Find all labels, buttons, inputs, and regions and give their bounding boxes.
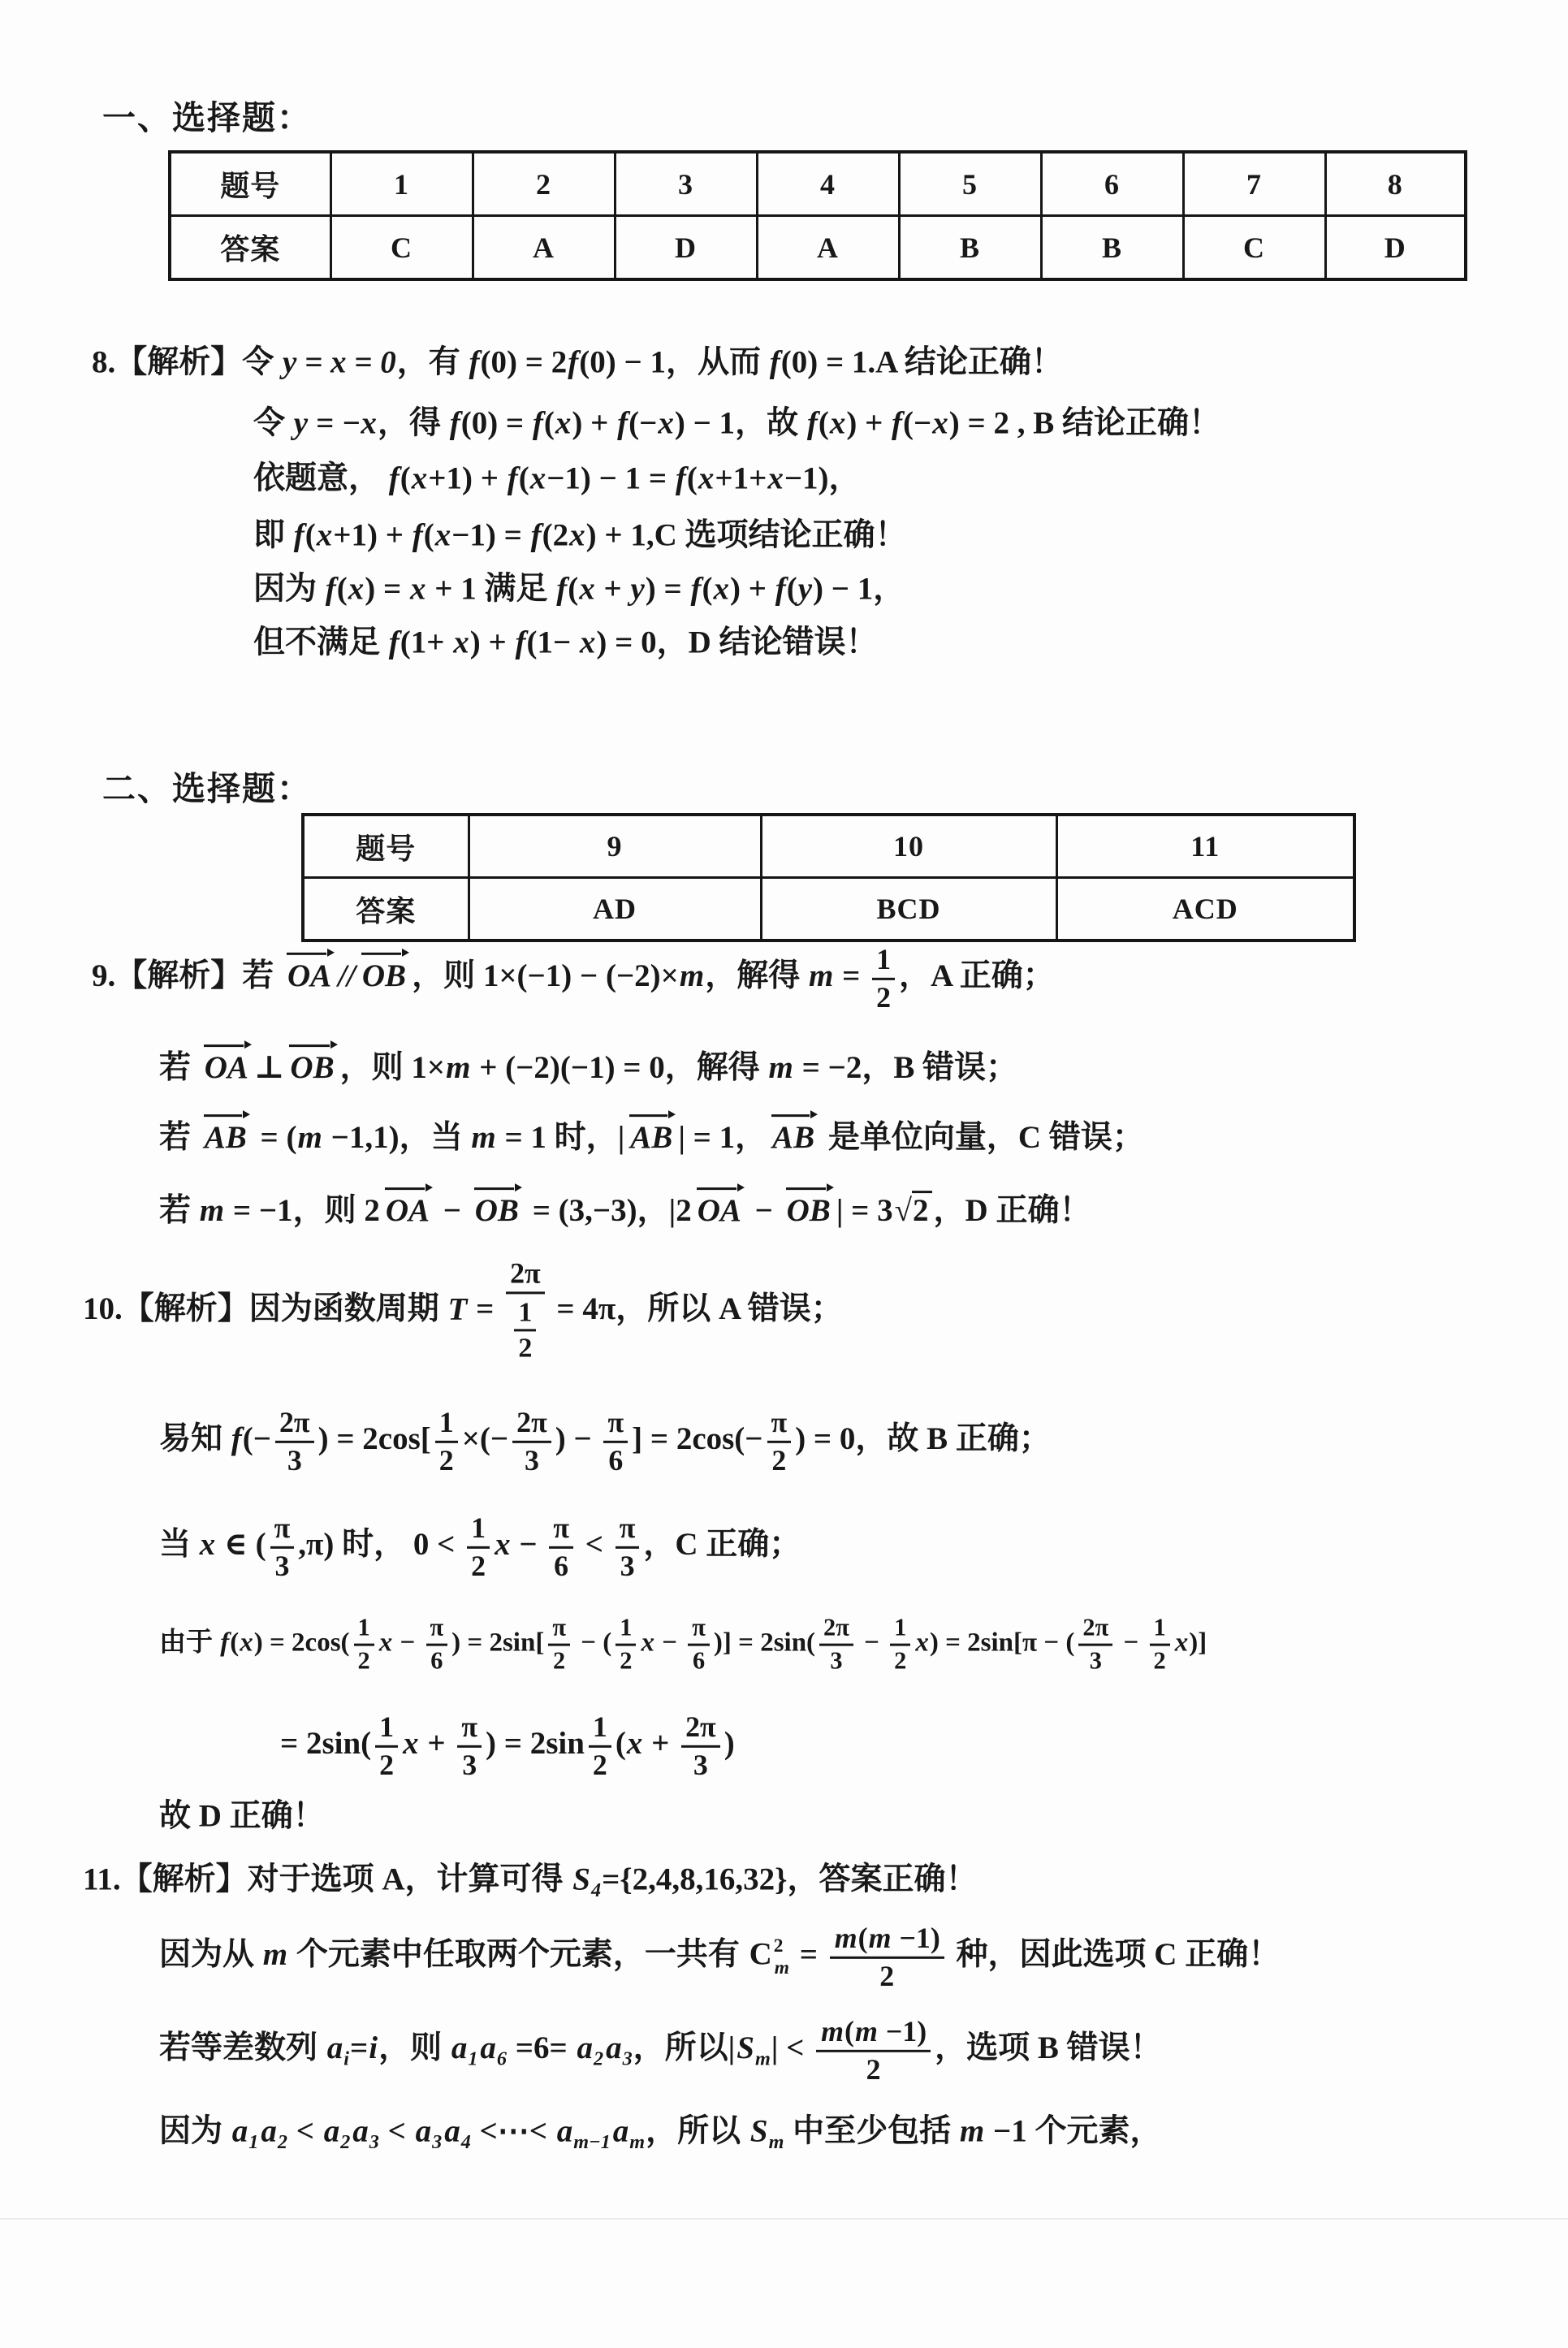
table-cell: 题号 (303, 815, 469, 878)
scan-edge-rule (0, 2218, 1568, 2220)
fraction: 12 (435, 1408, 458, 1476)
fraction: π6 (549, 1513, 573, 1581)
table-cell: 2 (473, 152, 615, 216)
fraction: π6 (603, 1408, 628, 1476)
table-cell: A (757, 216, 899, 280)
table-cell: 题号 (170, 152, 330, 216)
vector-arrow: OB (287, 1044, 336, 1088)
fraction: 2π12 (506, 1258, 545, 1364)
fraction: 2π3 (275, 1408, 314, 1476)
fraction: 12 (375, 1712, 398, 1780)
vector-arrow: AB (628, 1113, 675, 1157)
fraction: 2π3 (512, 1408, 551, 1476)
table-cell: ACD (1056, 878, 1354, 941)
solution-10-line-4: 由于 f(x) = 2cos(12x − π6) = 2sin[π2 − (12… (159, 1615, 1207, 1675)
solution-8-line-6: 但不满足 f(1+ x) + f(1− x) = 0，D 结论错误！ (253, 625, 878, 663)
solution-11-line-4: 因为 a1a2 < a2a3 < a3a4 <⋯< am−1am，所以 Sm 中… (159, 2113, 1162, 2151)
table-cell: 答案 (170, 216, 330, 280)
table-cell: 9 (469, 815, 761, 878)
table-cell: A (473, 216, 615, 280)
vector-arrow: OB (473, 1187, 521, 1230)
solution-10-line-6: 故 D 正确！ (159, 1798, 325, 1836)
vector-arrow: OA (202, 1044, 251, 1088)
fraction: π6 (426, 1615, 448, 1675)
fraction: 12 (467, 1513, 490, 1581)
table-cell: C (330, 216, 473, 280)
vector-arrow: AB (202, 1113, 249, 1157)
fraction: π3 (616, 1513, 640, 1581)
vector-arrow: OA (695, 1187, 744, 1230)
vector-arrow: OA (383, 1187, 432, 1230)
solution-10-line-2: 易知 f(−2π3) = 2cos[12×(−2π3) − π6] = 2cos… (159, 1408, 1051, 1476)
solution-9-line-2: 若 OA⊥OB，则 1×m + (−2)(−1) = 0，解得 m = −2，B… (159, 1044, 1017, 1088)
table-cell: B (899, 216, 1041, 280)
fraction: π2 (767, 1408, 792, 1476)
solution-8-line-3: 依题意， f(x+1) + f(x−1) − 1 = f(x+1+x−1)， (253, 461, 861, 499)
section-1-title: 一、选择题： (102, 91, 312, 139)
solution-8-line-4: 即 f(x+1) + f(x−1) = f(2x) + 1,C 选项结论正确！ (253, 517, 907, 556)
table-cell: AD (469, 878, 761, 941)
table-cell: D (1325, 216, 1466, 280)
vector-arrow: OB (784, 1187, 833, 1230)
scanned-answer-key-page: 一、选择题： 题号12345678答案CADABBCD 8.【解析】令 y = … (0, 0, 1568, 2348)
solution-9-line-3: 若 AB = (m −1,1)，当 m = 1 时，|AB| = 1，AB 是单… (159, 1113, 1144, 1157)
vector-arrow: OA (285, 952, 334, 996)
fraction: 12 (354, 1615, 374, 1675)
solution-8-line-5: 因为 f(x) = x + 1 满足 f(x + y) = f(x) + f(y… (253, 571, 905, 609)
solution-11-line-2: 因为从 m 个元素中任取两个元素，一共有 C2m = m(m −1)2 种，因此… (159, 1923, 1280, 1991)
table-cell: B (1041, 216, 1183, 280)
table-cell: D (615, 216, 757, 280)
combination-symbol: C2m (749, 1935, 790, 1979)
fraction: 2π3 (681, 1712, 720, 1780)
section-2-title: 二、选择题： (102, 762, 312, 810)
table-cell: 8 (1325, 152, 1466, 216)
solution-8-line-1: 8.【解析】令 y = x = 0，有 f(0) = 2f(0) − 1，从而 … (92, 344, 1063, 383)
table-cell: C (1183, 216, 1325, 280)
vector-arrow: OB (360, 952, 408, 996)
table-cell: 6 (1041, 152, 1183, 216)
table-row: 题号12345678 (170, 152, 1466, 216)
fraction: π2 (548, 1615, 570, 1675)
table-cell: 3 (615, 152, 757, 216)
table-cell: 答案 (303, 878, 469, 941)
table-cell: 4 (757, 152, 899, 216)
fraction: 12 (616, 1615, 636, 1675)
vector-arrow: AB (770, 1113, 817, 1157)
fraction: m(m −1)2 (816, 2017, 931, 2085)
square-root: √2 (895, 1192, 932, 1230)
fraction: π6 (688, 1615, 710, 1675)
solution-8-line-2: 令 y = −x，得 f(0) = f(x) + f(−x) − 1，故 f(x… (253, 405, 1220, 443)
fraction: π3 (457, 1712, 482, 1780)
answer-table-questions-9-11: 题号91011答案ADBCDACD (301, 813, 1356, 942)
solution-10-line-1: 10.【解析】因为函数周期 T = 2π12 = 4π，所以 A 错误； (83, 1258, 843, 1364)
table-row: 答案ADBCDACD (303, 878, 1354, 941)
table-cell: BCD (761, 878, 1056, 941)
table-cell: 10 (761, 815, 1056, 878)
fraction: 12 (514, 1298, 536, 1364)
solution-11-line-3: 若等差数列 ai=i，则 a1a6 =6= a2a3，所以|Sm| < m(m … (159, 2017, 1162, 2085)
fraction: 12 (1150, 1615, 1170, 1675)
solution-10-line-3: 当 x ∈ (π3,π) 时， 0 < 12x − π6 < π3，C 正确； (159, 1513, 801, 1581)
fraction: 2π3 (1078, 1615, 1112, 1675)
solution-10-line-5: = 2sin(12x + π3) = 2sin12(x + 2π3) (280, 1712, 735, 1780)
table-cell: 11 (1056, 815, 1354, 878)
solution-9-line-1: 9.【解析】若 OA//OB，则 1×(−1) − (−2)×m，解得 m = … (92, 945, 1055, 1013)
table-cell: 5 (899, 152, 1041, 216)
table-row: 答案CADABBCD (170, 216, 1466, 280)
answer-table-questions-1-8: 题号12345678答案CADABBCD (168, 150, 1467, 281)
solution-11-line-1: 11.【解析】对于选项 A，计算可得 S4={2,4,8,16,32}，答案正确… (83, 1862, 978, 1900)
fraction: m(m −1)2 (830, 1923, 944, 1991)
fraction: 12 (872, 945, 895, 1013)
table-cell: 7 (1183, 152, 1325, 216)
fraction: 12 (589, 1712, 611, 1780)
fraction: 12 (890, 1615, 910, 1675)
table-cell: 1 (330, 152, 473, 216)
fraction: 2π3 (819, 1615, 853, 1675)
solution-9-line-4: 若 m = −1，则 2OA − OB = (3,−3)，|2OA − OB| … (159, 1187, 1091, 1230)
fraction: π3 (270, 1513, 295, 1581)
table-row: 题号91011 (303, 815, 1354, 878)
